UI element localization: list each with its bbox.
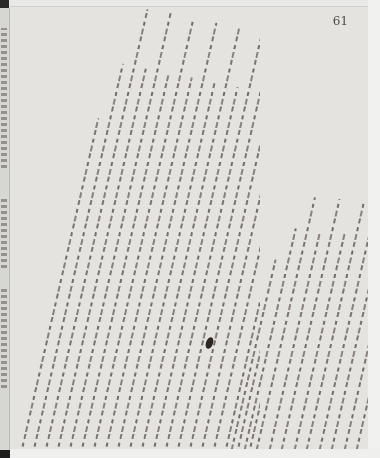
handwritten-line bbox=[54, 68, 147, 449]
handwritten-line bbox=[279, 199, 340, 449]
manuscript-page: 61 bbox=[10, 6, 368, 449]
handwritten-line bbox=[254, 197, 316, 449]
handwritten-line bbox=[304, 202, 365, 449]
bottom-margin bbox=[10, 448, 380, 458]
folio-number: 61 bbox=[333, 14, 348, 28]
handwritten-line bbox=[18, 119, 99, 449]
adjacent-page-text bbox=[1, 198, 7, 268]
left-text-block bbox=[10, 7, 260, 449]
handwritten-line bbox=[30, 64, 124, 449]
adjacent-page-text bbox=[1, 288, 7, 388]
adjacent-page-text bbox=[1, 28, 7, 168]
binding-shadow bbox=[0, 0, 9, 8]
binding-shadow bbox=[0, 450, 10, 458]
right-text-block bbox=[225, 197, 368, 449]
adjacent-page-edge bbox=[0, 8, 10, 450]
handwritten-line bbox=[229, 260, 277, 449]
right-margin bbox=[368, 0, 380, 458]
